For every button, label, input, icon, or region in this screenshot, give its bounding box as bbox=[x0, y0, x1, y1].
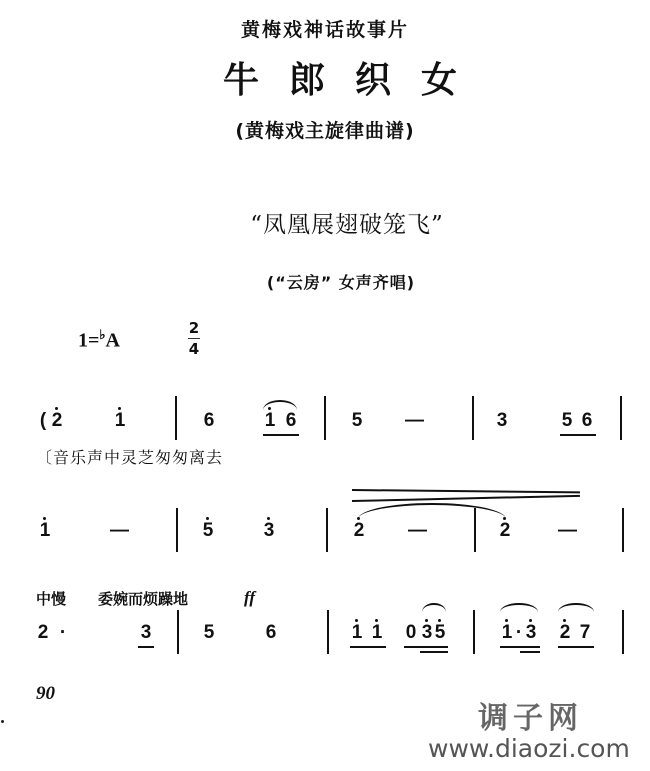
bar-line bbox=[622, 610, 624, 654]
note: 6 bbox=[264, 622, 278, 644]
tie bbox=[358, 503, 506, 519]
note: 6 bbox=[202, 410, 216, 432]
bar-line bbox=[473, 610, 475, 654]
underline bbox=[138, 646, 154, 648]
note: 6 bbox=[580, 410, 594, 432]
note: 2 bbox=[352, 520, 366, 542]
slur bbox=[500, 603, 538, 612]
sustain-dash: — bbox=[408, 520, 422, 542]
note: 2 bbox=[558, 622, 572, 644]
bar-line bbox=[622, 508, 624, 552]
rest: 0 bbox=[404, 622, 418, 644]
bar-line bbox=[175, 396, 177, 440]
note: 2 bbox=[498, 520, 512, 542]
bar-line bbox=[177, 610, 179, 654]
note: 7 bbox=[578, 622, 592, 644]
note: 3 bbox=[495, 410, 509, 432]
note: 3 bbox=[420, 622, 434, 644]
score-type-subtitle: (黄梅戏主旋律曲谱) bbox=[0, 116, 650, 143]
bar-line bbox=[327, 610, 329, 654]
underline bbox=[263, 434, 299, 436]
underline bbox=[350, 646, 386, 648]
double-underline bbox=[420, 651, 448, 653]
bar-line bbox=[474, 508, 476, 552]
key-prefix: 1= bbox=[78, 330, 99, 352]
bar-line bbox=[176, 508, 178, 552]
watermark-url: www.diaozi.com bbox=[428, 734, 630, 763]
film-subtitle: 黄梅戏神话故事片 bbox=[0, 15, 650, 42]
slur bbox=[558, 603, 594, 612]
page-number: 90 bbox=[36, 683, 55, 705]
note: 1 bbox=[370, 622, 384, 644]
open-paren: ( bbox=[36, 410, 50, 432]
note: 5 bbox=[201, 520, 215, 542]
decrescendo-top bbox=[352, 489, 580, 493]
note: 1 bbox=[38, 520, 52, 542]
dynamic-marking: ff bbox=[244, 588, 255, 608]
sustain-dash: — bbox=[110, 520, 124, 542]
key-letter: A bbox=[106, 330, 120, 352]
performer-note: (“云房” 女声齐唱) bbox=[16, 270, 650, 293]
note: 5 bbox=[202, 622, 216, 644]
bar-line bbox=[324, 396, 326, 440]
note: 5 bbox=[560, 410, 574, 432]
time-signature: 2 4 bbox=[184, 318, 204, 359]
note: 1 bbox=[350, 622, 364, 644]
bar-line bbox=[472, 396, 474, 440]
time-signature-bottom: 4 bbox=[184, 339, 204, 359]
song-title: “凤凰展翅破笼飞” bbox=[22, 206, 650, 239]
underline bbox=[558, 646, 594, 648]
note: 1 bbox=[263, 410, 277, 432]
underline bbox=[500, 646, 540, 648]
bar-line bbox=[326, 508, 328, 552]
scan-speck bbox=[1, 720, 4, 723]
note: 2 bbox=[50, 410, 64, 432]
time-signature-top: 2 bbox=[184, 318, 204, 338]
note: 3 bbox=[262, 520, 276, 542]
bar-line bbox=[620, 396, 622, 440]
tempo-marking: 中慢 bbox=[36, 588, 66, 609]
dotted-rhythm: · bbox=[56, 622, 70, 644]
decrescendo-bottom bbox=[352, 495, 580, 502]
sustain-dash: — bbox=[558, 520, 572, 542]
watermark-logo: 调子网 bbox=[478, 693, 583, 737]
expression-marking: 委婉而烦躁地 bbox=[98, 588, 188, 609]
note: 3 bbox=[524, 622, 538, 644]
note: 5 bbox=[433, 622, 447, 644]
note: 1 bbox=[113, 410, 127, 432]
lyric-line: 〔音乐声中灵芝匆匆离去 bbox=[36, 445, 223, 468]
note: 3 bbox=[139, 622, 153, 644]
note: 2 bbox=[36, 622, 50, 644]
note: 5 bbox=[350, 410, 364, 432]
slur bbox=[422, 603, 446, 612]
key-signature: 1=♭A bbox=[78, 327, 120, 353]
double-underline bbox=[520, 651, 540, 653]
underline bbox=[404, 646, 448, 648]
note: 6 bbox=[284, 410, 298, 432]
underline bbox=[560, 434, 596, 436]
sustain-dash: — bbox=[405, 410, 419, 432]
page-title: 牛郎织女 bbox=[0, 52, 650, 103]
